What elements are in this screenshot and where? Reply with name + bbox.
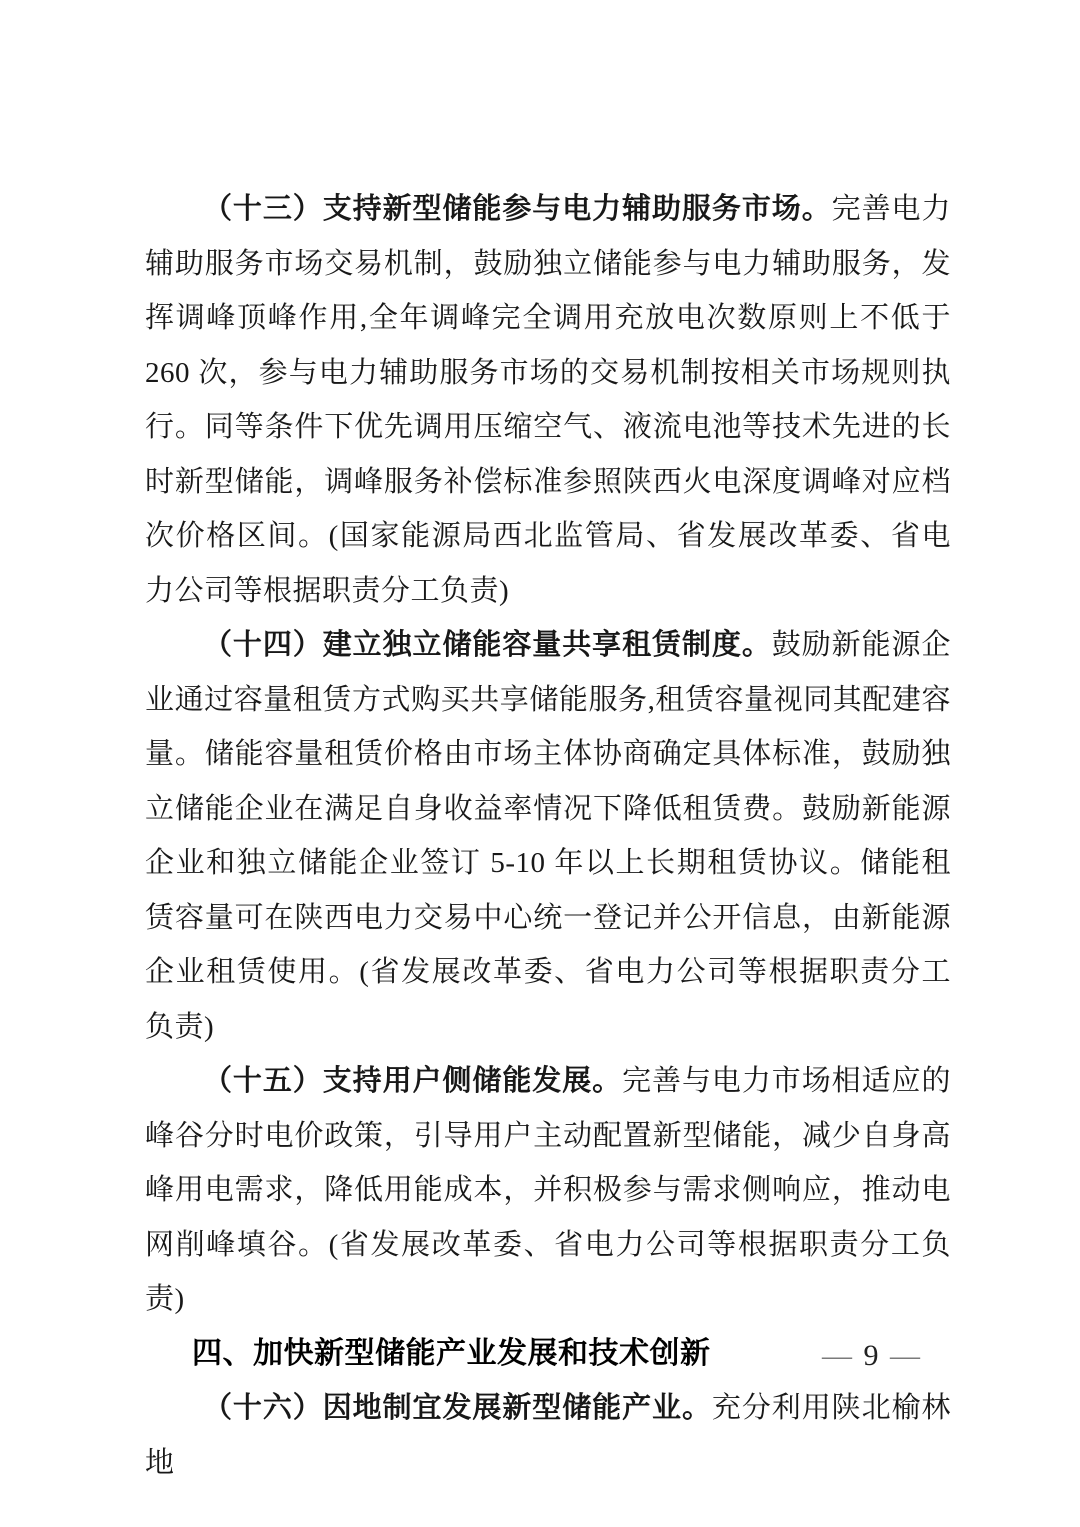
paragraph-14-text: 鼓励新能源企业通过容量租赁方式购买共享储能服务,租赁容量视同其配建容量。储能容量… — [145, 629, 951, 988]
paragraph-13: （十三）支持新型储能参与电力辅助服务市场。完善电力辅助服务市场交易机制，鼓励独立… — [145, 182, 951, 618]
paragraph-16-lead: （十六）因地制宜发展新型储能产业。 — [203, 1392, 712, 1424]
paragraph-13-lead: （十三）支持新型储能参与电力辅助服务市场。 — [203, 193, 832, 225]
paragraph-15-lead: （十五）支持用户侧储能发展。 — [203, 1065, 622, 1097]
paragraph-13-text: 完善电力辅助服务市场交易机制，鼓励独立储能参与电力辅助服务，发挥调峰顶峰作用,全… — [145, 193, 951, 552]
page-number-value: 9 — [864, 1339, 881, 1372]
paragraph-14-lead: （十四）建立独立储能容量共享租赁制度。 — [203, 629, 772, 661]
document-page: （十三）支持新型储能参与电力辅助服务市场。完善电力辅助服务市场交易机制，鼓励独立… — [0, 0, 1080, 1527]
paragraph-14: （十四）建立独立储能容量共享租赁制度。鼓励新能源企业通过容量租赁方式购买共享储能… — [145, 618, 951, 1054]
document-body: （十三）支持新型储能参与电力辅助服务市场。完善电力辅助服务市场交易机制，鼓励独立… — [145, 182, 951, 1490]
page-number-dash-left: — — [822, 1339, 854, 1372]
paragraph-15: （十五）支持用户侧储能发展。完善与电力市场相适应的峰谷分时电价政策，引导用户主动… — [145, 1054, 951, 1327]
page-number: — 9 — — [822, 1336, 922, 1376]
paragraph-16: （十六）因地制宜发展新型储能产业。充分利用陕北榆林地 — [145, 1381, 951, 1490]
page-number-dash-right: — — [890, 1339, 922, 1372]
